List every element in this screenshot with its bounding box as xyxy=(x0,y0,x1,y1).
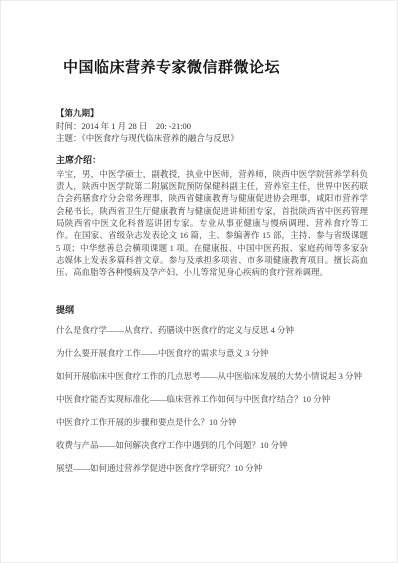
chairman-heading: 主席介绍： xyxy=(56,154,365,166)
outline-section: 提纲 什么是食疗学——从食疗、药膳谈中医食疗的定义与反思 4 分钟 为什么要开展… xyxy=(56,304,365,474)
session-topic: 主题：《中医食疗与现代临床营养的融合与反思》 xyxy=(56,132,365,145)
page-title: 中国临床营养专家微信群微论坛 xyxy=(63,58,365,78)
chairman-bio: 辛宝，男，中医学硕士，副教授，执业中医师，营养师，陕西中医学院营养学科负责人，陕… xyxy=(56,168,368,279)
outline-list: 什么是食疗学——从食疗、药膳谈中医食疗的定义与反思 4 分钟 为什么要开展食疗工… xyxy=(56,324,365,474)
outline-heading: 提纲 xyxy=(56,304,365,316)
document-page: 中国临床营养专家微信群微论坛 【第九期】 时间：2014 年 1 月 28 日 … xyxy=(0,0,398,563)
outline-item: 中医食疗能否实现标准化——临床营养工作如何与中医食疗结合？10 分钟 xyxy=(56,393,365,405)
outline-item: 为什么要开展食疗工作——中医食疗的需求与意义 3 分钟 xyxy=(56,347,365,359)
outline-item: 收费与产品——如何解决食疗工作中遇到的几个问题？10 分钟 xyxy=(56,439,365,451)
outline-item: 如何开展临床中医食疗工作的几点思考——从中医临床发展的大势小情说起 3 分钟 xyxy=(56,370,365,382)
chairman-section: 主席介绍： 辛宝，男，中医学硕士，副教授，执业中医师，营养师，陕西中医学院营养学… xyxy=(56,154,365,279)
outline-item: 什么是食疗学——从食疗、药膳谈中医食疗的定义与反思 4 分钟 xyxy=(56,324,365,336)
session-issue: 【第九期】 xyxy=(56,107,365,120)
session-info: 【第九期】 时间：2014 年 1 月 28 日 20: -21:00 主题：《… xyxy=(56,107,365,145)
session-time: 时间：2014 年 1 月 28 日 20: -21:00 xyxy=(56,120,365,133)
outline-item: 展望——如何通过营养学促进中医食疗学研究？10 分钟 xyxy=(56,462,365,474)
outline-item: 中医食疗工作开展的步骤和要点是什么？10 分钟 xyxy=(56,416,365,428)
